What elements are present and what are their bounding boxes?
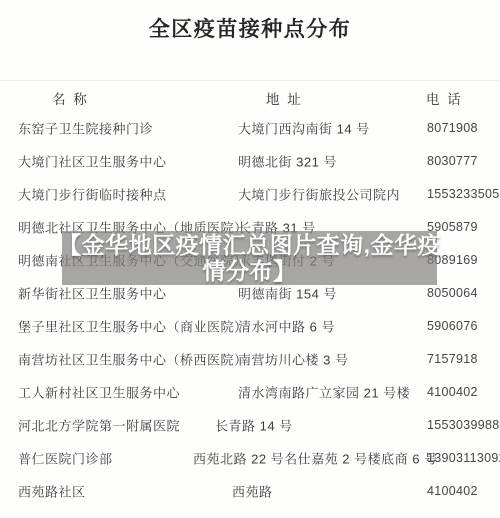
- site-phone: 15530399881: [427, 418, 500, 432]
- column-header-name: 名 称: [52, 88, 89, 108]
- site-address: 明德北街 321 号: [238, 151, 337, 170]
- site-phone: 4100402: [427, 385, 478, 399]
- site-name: 新华街社区卫生服务中心: [18, 283, 167, 302]
- table-row: 河北北方学院第一附属医院长青路 14 号15530399881: [0, 408, 500, 441]
- site-address: 西苑路: [232, 481, 273, 500]
- site-name: 西苑路社区: [18, 481, 86, 500]
- watermark-overlay: 【金华地区疫情汇总图片查询,金华疫 情分布】: [62, 231, 437, 285]
- site-name: 南营坊社区卫生服务中心（桥西医院）: [18, 349, 248, 368]
- site-name: 大境门社区卫生服务中心: [18, 151, 167, 170]
- site-address: 明德南街 154 号: [238, 283, 337, 302]
- site-address: 大境门西沟南街 14 号: [238, 118, 370, 137]
- site-phone: 13903113092: [427, 451, 500, 465]
- site-address: 大境门步行街旅投公司院内: [238, 184, 400, 203]
- site-phone: 8071908: [427, 121, 478, 135]
- site-phone: 8050064: [427, 286, 478, 300]
- table-row: 大境门社区卫生服务中心明德北街 321 号8030777: [0, 144, 500, 177]
- table-row: 工人新村社区卫生服务中心清水湾南路广立家园 21 号楼4100402: [0, 375, 500, 408]
- table-row: 西苑路社区西苑路4100402: [0, 474, 500, 507]
- site-name: 东窑子卫生院接种门诊: [18, 118, 153, 137]
- site-name: 工人新村社区卫生服务中心: [18, 382, 180, 401]
- page-title: 全区疫苗接种点分布: [0, 13, 500, 43]
- watermark-text-line-2: 情分布】: [203, 258, 297, 284]
- table-row: 南营坊社区卫生服务中心（桥西医院）南营坊川心楼 3 号7157918: [0, 342, 500, 375]
- site-phone: 8030777: [427, 154, 478, 168]
- table-row: 大境门步行街临时接种点大境门步行街旅投公司院内15532335050: [0, 177, 500, 210]
- table-body: 东窑子卫生院接种门诊大境门西沟南街 14 号8071908大境门社区卫生服务中心…: [0, 111, 500, 507]
- table-row: 东窑子卫生院接种门诊大境门西沟南街 14 号8071908: [0, 111, 500, 144]
- site-phone: 7157918: [427, 352, 478, 366]
- table-row: 堡子里社区卫生服务中心（商业医院）清水河中路 6 号5906076: [0, 309, 500, 342]
- site-name: 普仁医院门诊部: [18, 448, 113, 467]
- table-row: 普仁医院门诊部西苑北路 22 号名仕嘉苑 2 号楼底商 6 号139031130…: [0, 441, 500, 474]
- vaccination-sites-page: 全区疫苗接种点分布 名 称 地 址 电 话 东窑子卫生院接种门诊大境门西沟南街 …: [0, 0, 500, 518]
- site-address: 清水湾南路广立家园 21 号楼: [238, 382, 410, 401]
- site-name: 堡子里社区卫生服务中心（商业医院）: [18, 316, 248, 335]
- column-header-phone: 电 话: [426, 88, 463, 108]
- watermark-text-line-1: 【金华地区疫情汇总图片查询,金华疫: [58, 232, 441, 258]
- site-name: 大境门步行街临时接种点: [18, 184, 167, 203]
- site-address: 清水河中路 6 号: [238, 316, 335, 335]
- column-header-address: 地 址: [266, 88, 303, 108]
- site-address: 南营坊川心楼 3 号: [238, 349, 348, 368]
- site-phone: 15532335050: [427, 187, 500, 201]
- site-address: 西苑北路 22 号名仕嘉苑 2 号楼底商 6 号: [193, 448, 438, 467]
- site-address: 长青路 14 号: [215, 415, 293, 434]
- site-phone: 5906076: [427, 319, 478, 333]
- table-header-row: 名 称 地 址 电 话: [0, 80, 500, 112]
- site-phone: 4100402: [427, 484, 478, 498]
- site-name: 河北北方学院第一附属医院: [18, 415, 180, 434]
